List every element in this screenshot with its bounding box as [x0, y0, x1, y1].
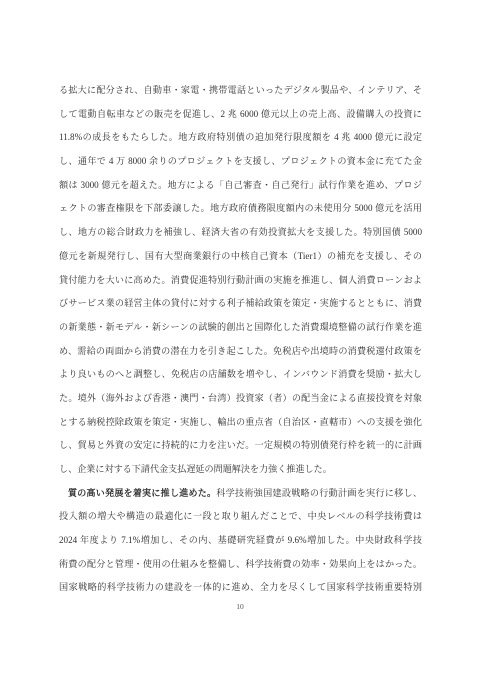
paragraph-economy: る拡大に配分され、自動車・家電・携帯電話といったデジタル製品や、インテリア、そし… [59, 79, 422, 482]
text-line: 億元を新規発行し、国有大型商業銀行の中核自己資本（Tier1）の補充を支援し、そ… [59, 245, 422, 269]
text-line: 質の高い発展を着実に推し進めた。科学技術強国建設戦略の行動計画を実行に移し、 [59, 482, 422, 506]
text-line: 2024 年度より 7.1%増加し、その内、基礎研究経費が 9.6%増加した。中… [59, 529, 422, 553]
text-line: とする納税控除政策を策定・実施し、輸出の重点省（自治区・直轄市）への支援を強化 [59, 411, 422, 435]
text-line: の新業態・新モデル・新シーンの試験的創出と国際化した消費環境整備の試行作業を進 [59, 316, 422, 340]
text-line: より良いものへと調整し、免税店の店舗数を増やし、インバウンド消費を奨励・拡大し [59, 363, 422, 387]
text-line: し、地方の総合財政力を補強し、経済大省の有効投資拡大を支援した。特別国債 500… [59, 221, 422, 245]
text-line: びサービス業の経営主体の貸付に対する利子補給政策を策定・実施するとともに、消費 [59, 292, 422, 316]
paragraph-quality-development: 質の高い発展を着実に推し進めた。科学技術強国建設戦略の行動計画を実行に移し、 投… [59, 482, 422, 600]
text-line: し、貿易と外資の安定に持続的に力を注いだ。一定規模の特別債発行枠を統一的に計画 [59, 434, 422, 458]
paragraph-lead-bold: 質の高い発展を着実に推し進めた。 [68, 488, 216, 498]
text-line: 貸付能力を大いに高めた。消費促進特別行動計画の実施を推進し、個人消費ローンおよ [59, 269, 422, 293]
paragraph-lead-rest: 科学技術強国建設戦略の行動計画を実行に移し、 [216, 488, 422, 498]
document-page: る拡大に配分され、自動車・家電・携帯電話といったデジタル製品や、インテリア、そし… [0, 0, 480, 679]
text-line: ェクトの審査権限を下部委譲した。地方政府債務限度額内の未使用分 5000 億元を… [59, 197, 422, 221]
text-line: 額は 3000 億元を超えた。地方による「自己審査・自己発行」試行作業を進め、プ… [59, 174, 422, 198]
text-line: 投入額の増大や構造の最適化に一段と取り組んだことで、中央レベルの科学技術費は [59, 505, 422, 529]
text-line: 11.8%の成長をもたらした。地方政府特別債の追加発行限度額を 4 兆 4000… [59, 126, 422, 150]
text-line: め、需給の両面から消費の潜在力を引き起こした。免税店や出境時の消費税還付政策を [59, 340, 422, 364]
page-number: 10 [0, 601, 480, 613]
text-line: る拡大に配分され、自動車・家電・携帯電話といったデジタル製品や、インテリア、そ [59, 79, 422, 103]
text-line: して電動自転車などの販売を促進し、2 兆 6000 億元以上の売上高、設備購入の… [59, 103, 422, 127]
text-line: 術費の配分と管理・使用の仕組みを整備し、科学技術費の効率・効果向上をはかった。 [59, 553, 422, 577]
text-line: 国家戦略的科学技術力の建設を一体的に進め、全力を尽くして国家科学技術重要特別 [59, 576, 422, 600]
document-text-body: る拡大に配分され、自動車・家電・携帯電話といったデジタル製品や、インテリア、そし… [59, 79, 422, 600]
text-line: し、通年で 4 万 8000 余りのプロジェクトを支援し、プロジェクトの資本金に… [59, 150, 422, 174]
text-line: し、企業に対する下請代金支払遅延の問題解決を力強く推進した。 [59, 458, 422, 482]
text-line: た。境外（海外および香港・澳門・台湾）投資家（者）の配当金による直接投資を対象 [59, 387, 422, 411]
